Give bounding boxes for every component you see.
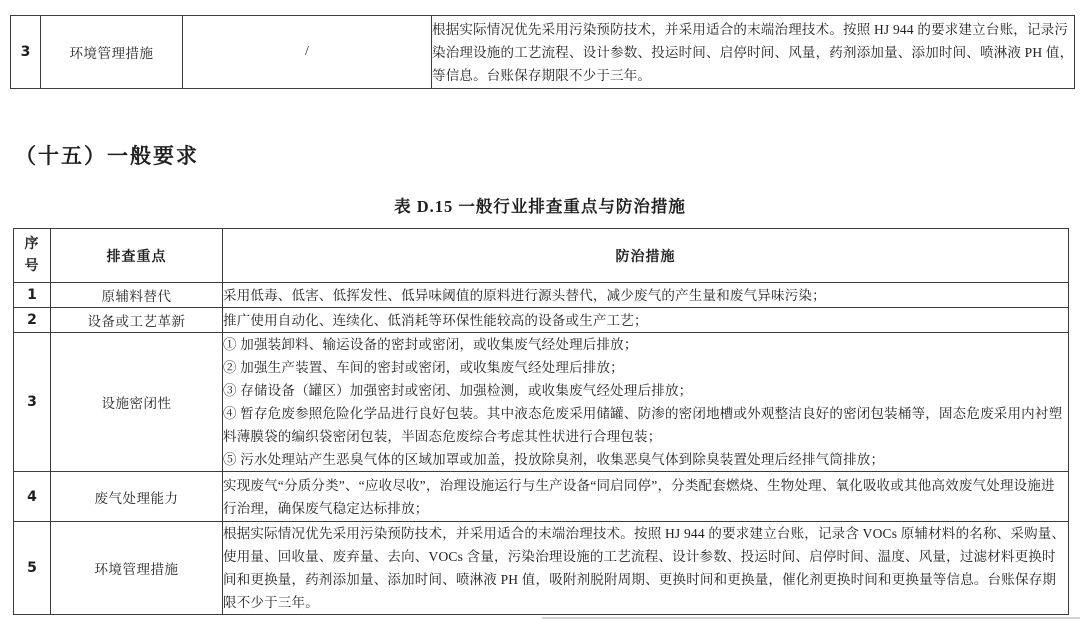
page-bottom-rule [542, 617, 1080, 619]
header-focus-cell: 排查重点 [51, 229, 223, 283]
inspection-item-cell: 废气处理能力 [51, 472, 223, 522]
measures-cell: ① 加强装卸料、输运设备的密封或密闭，或收集废气经处理后排放； ② 加强生产装置… [223, 333, 1069, 472]
header-no-cell: 序号 [14, 229, 51, 283]
table-row: 4 废气处理能力 实现废气“分质分类”、“应收尽收”，治理设施运行与生产设备“同… [14, 472, 1069, 522]
table-row: 2 设备或工艺革新 推广使用自动化、连续化、低消耗等环保性能较高的设备或生产工艺… [14, 308, 1069, 333]
table-row: 1 原辅料替代 采用低毒、低害、低挥发性、低异味阈值的原料进行源头替代，减少废气… [14, 283, 1069, 308]
row-number-cell: 4 [14, 472, 51, 522]
document-page: { "section": { "heading": "（十五）一般要求", "c… [0, 0, 1080, 624]
slash-cell: / [183, 16, 432, 89]
inspection-item-cell: 原辅料替代 [51, 283, 223, 308]
row-number-cell: 5 [14, 522, 51, 615]
header-no-label: 序号 [24, 234, 40, 278]
row-number-cell: 1 [14, 283, 51, 308]
measures-cell: 根据实际情况优先采用污染预防技术，并采用适合的末端治理技术。按照 HJ 944 … [432, 16, 1075, 89]
inspection-item-cell: 环境管理措施 [51, 522, 223, 615]
header-measures-cell: 防治措施 [223, 229, 1069, 283]
row-number-cell: 2 [14, 308, 51, 333]
table-row: 3 环境管理措施 / 根据实际情况优先采用污染预防技术，并采用适合的末端治理技术… [11, 16, 1075, 89]
continuation-table: 3 环境管理措施 / 根据实际情况优先采用污染预防技术，并采用适合的末端治理技术… [10, 15, 1075, 89]
section-heading: （十五）一般要求 [15, 140, 199, 170]
inspection-item-cell: 设施密闭性 [51, 333, 223, 472]
table-row: 5 环境管理措施 根据实际情况优先采用污染预防技术，并采用适合的末端治理技术。按… [14, 522, 1069, 615]
inspection-item-cell: 环境管理措施 [41, 16, 183, 89]
row-number-cell: 3 [14, 333, 51, 472]
table-caption: 表 D.15 一般行业排查重点与防治措施 [0, 193, 1080, 217]
table-row: 3 设施密闭性 ① 加强装卸料、输运设备的密封或密闭，或收集废气经处理后排放； … [14, 333, 1069, 472]
measures-cell: 实现废气“分质分类”、“应收尽收”，治理设施运行与生产设备“同启同停”，分类配套… [223, 472, 1069, 522]
header-row: 序号 排查重点 防治措施 [14, 229, 1069, 283]
inspection-item-cell: 设备或工艺革新 [51, 308, 223, 333]
main-table: 序号 排查重点 防治措施 1 原辅料替代 采用低毒、低害、低挥发性、低异味阈值的… [13, 228, 1069, 615]
measures-cell: 推广使用自动化、连续化、低消耗等环保性能较高的设备或生产工艺； [223, 308, 1069, 333]
row-number-cell: 3 [11, 16, 41, 89]
measures-cell: 采用低毒、低害、低挥发性、低异味阈值的原料进行源头替代，减少废气的产生量和废气异… [223, 283, 1069, 308]
measures-cell: 根据实际情况优先采用污染预防技术，并采用适合的末端治理技术。按照 HJ 944 … [223, 522, 1069, 615]
